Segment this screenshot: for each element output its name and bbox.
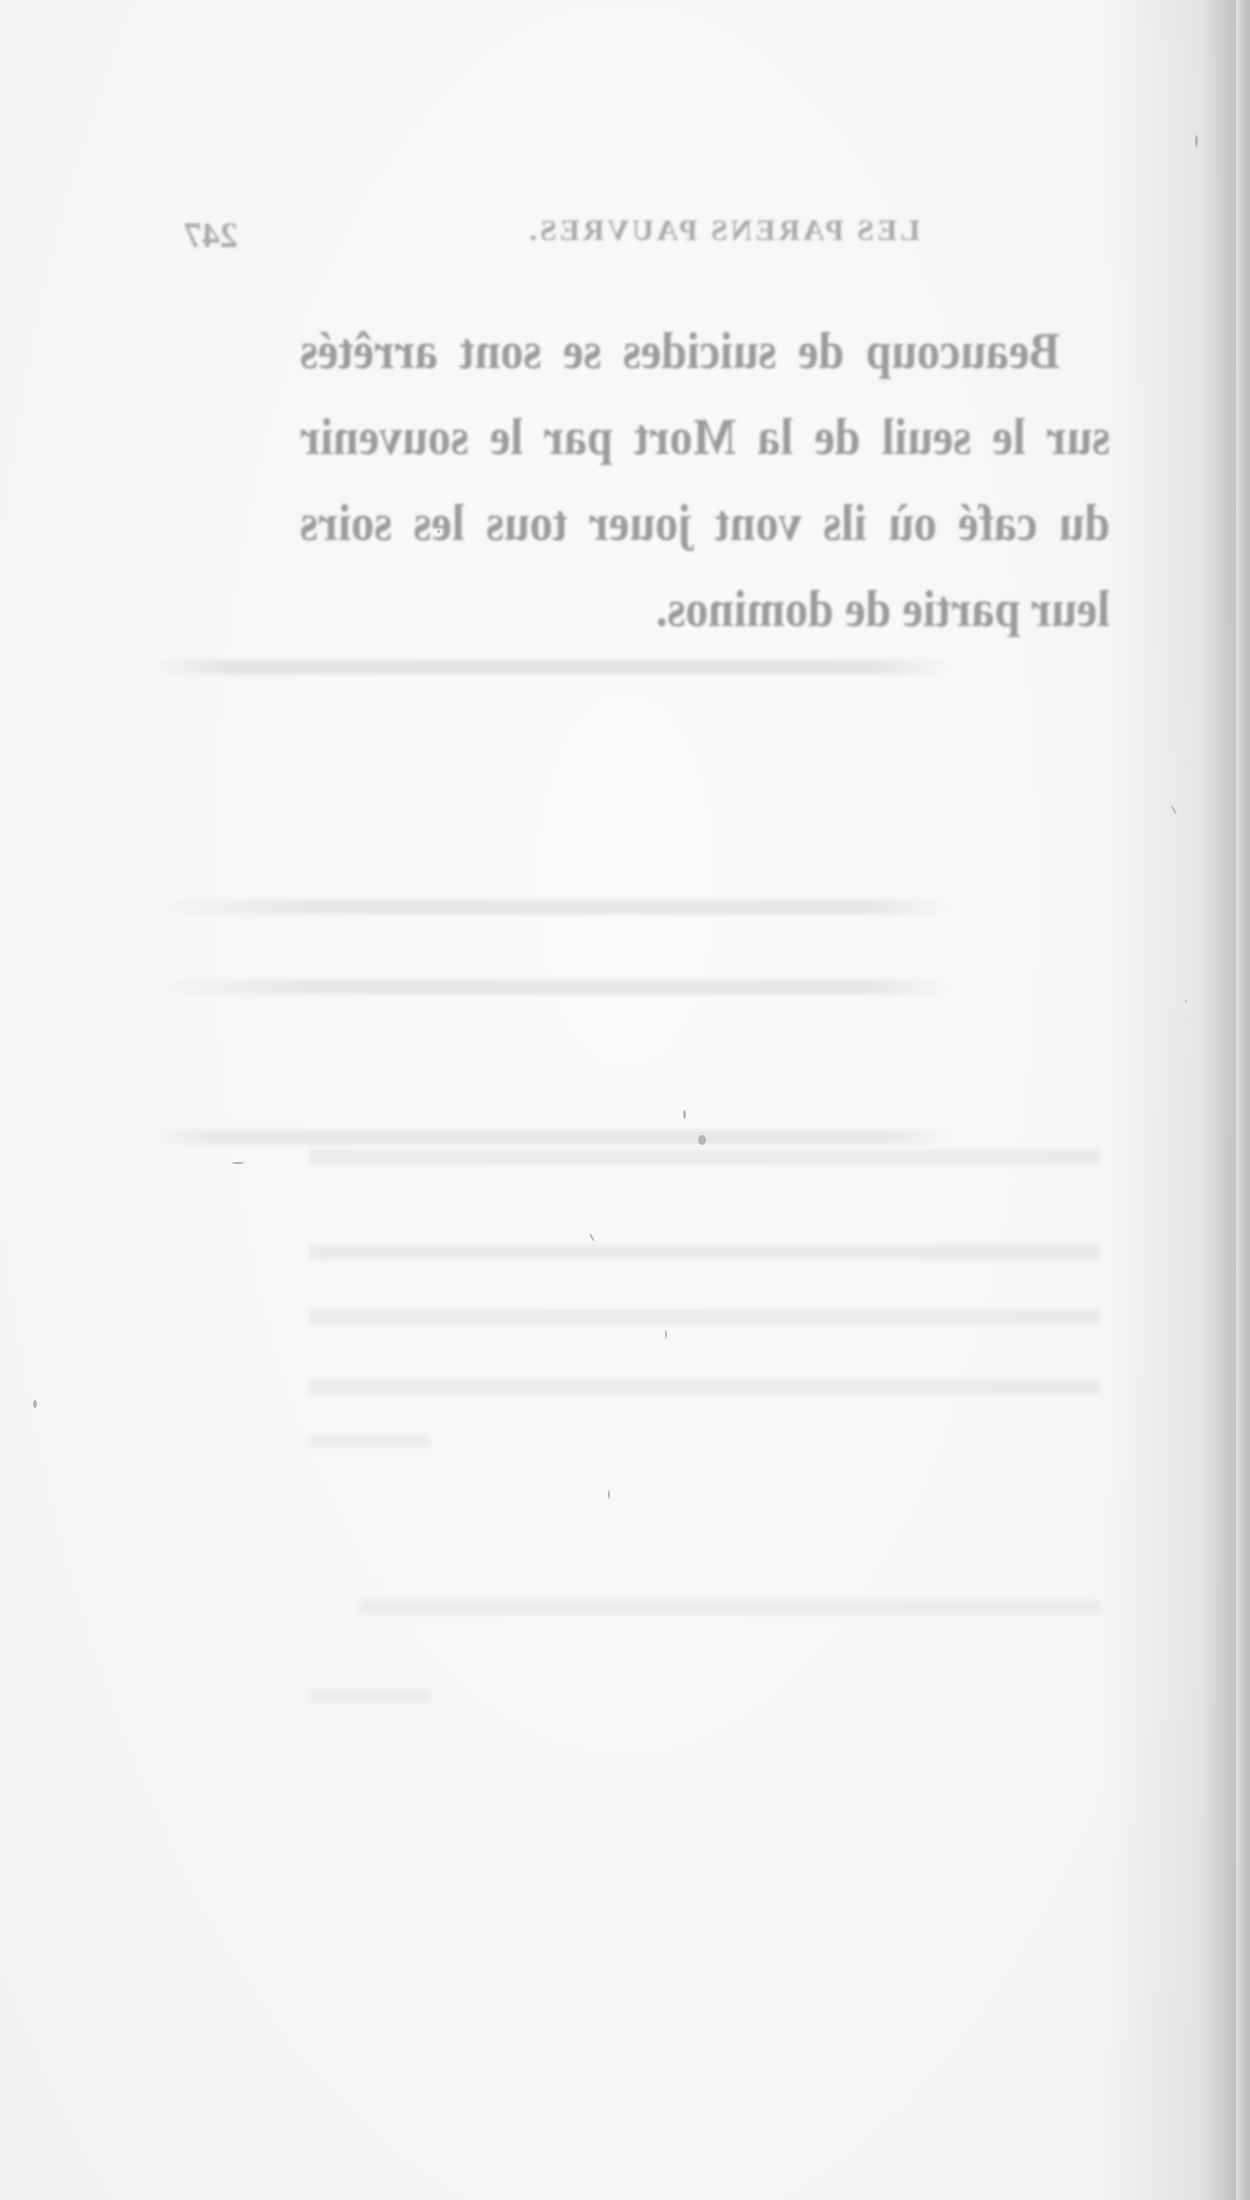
dust-speck	[1195, 135, 1198, 147]
dust-speck	[665, 1330, 667, 1339]
faint-bleed-row	[310, 1680, 430, 1720]
book-page: LES PARENS PAUVRES. 247 Beaucoup de suic…	[0, 0, 1250, 2200]
paragraph-line: sur le seuil de la Mort par le souvenir	[300, 389, 1110, 485]
faint-bleed-row	[310, 1370, 1100, 1430]
faint-bleed-row	[310, 1235, 1100, 1295]
dust-speck	[437, 530, 440, 533]
dust-speck	[33, 1400, 37, 1408]
running-head: LES PARENS PAUVRES.	[527, 214, 920, 248]
page-header: LES PARENS PAUVRES. 247	[310, 214, 1110, 264]
faint-bleed-row	[360, 1590, 1100, 1650]
paragraph-line: du café où ils vont jouer tous les soirs	[300, 475, 1110, 571]
page-number: 247	[184, 214, 238, 256]
faint-bleed-row	[310, 1425, 430, 1465]
show-through-mirrored-content: LES PARENS PAUVRES. 247 Beaucoup de suic…	[0, 0, 1250, 2200]
dust-speck	[683, 1110, 686, 1119]
paragraph-line: Beaucoup de suicides se sont arrêtés	[300, 303, 1110, 399]
paragraph: Beaucoup de suicides se sont arrêtés sur…	[300, 308, 1110, 652]
dust-speck	[1185, 1000, 1187, 1002]
faint-bleed-row	[150, 880, 950, 940]
faint-bleed-row	[310, 1300, 1100, 1360]
faint-bleed-row	[150, 640, 950, 700]
dust-speck	[232, 1162, 244, 1164]
dust-speck	[698, 1135, 706, 1145]
dust-speck	[608, 1490, 610, 1499]
faint-bleed-row	[310, 1140, 1100, 1200]
faint-bleed-row	[150, 960, 950, 1020]
